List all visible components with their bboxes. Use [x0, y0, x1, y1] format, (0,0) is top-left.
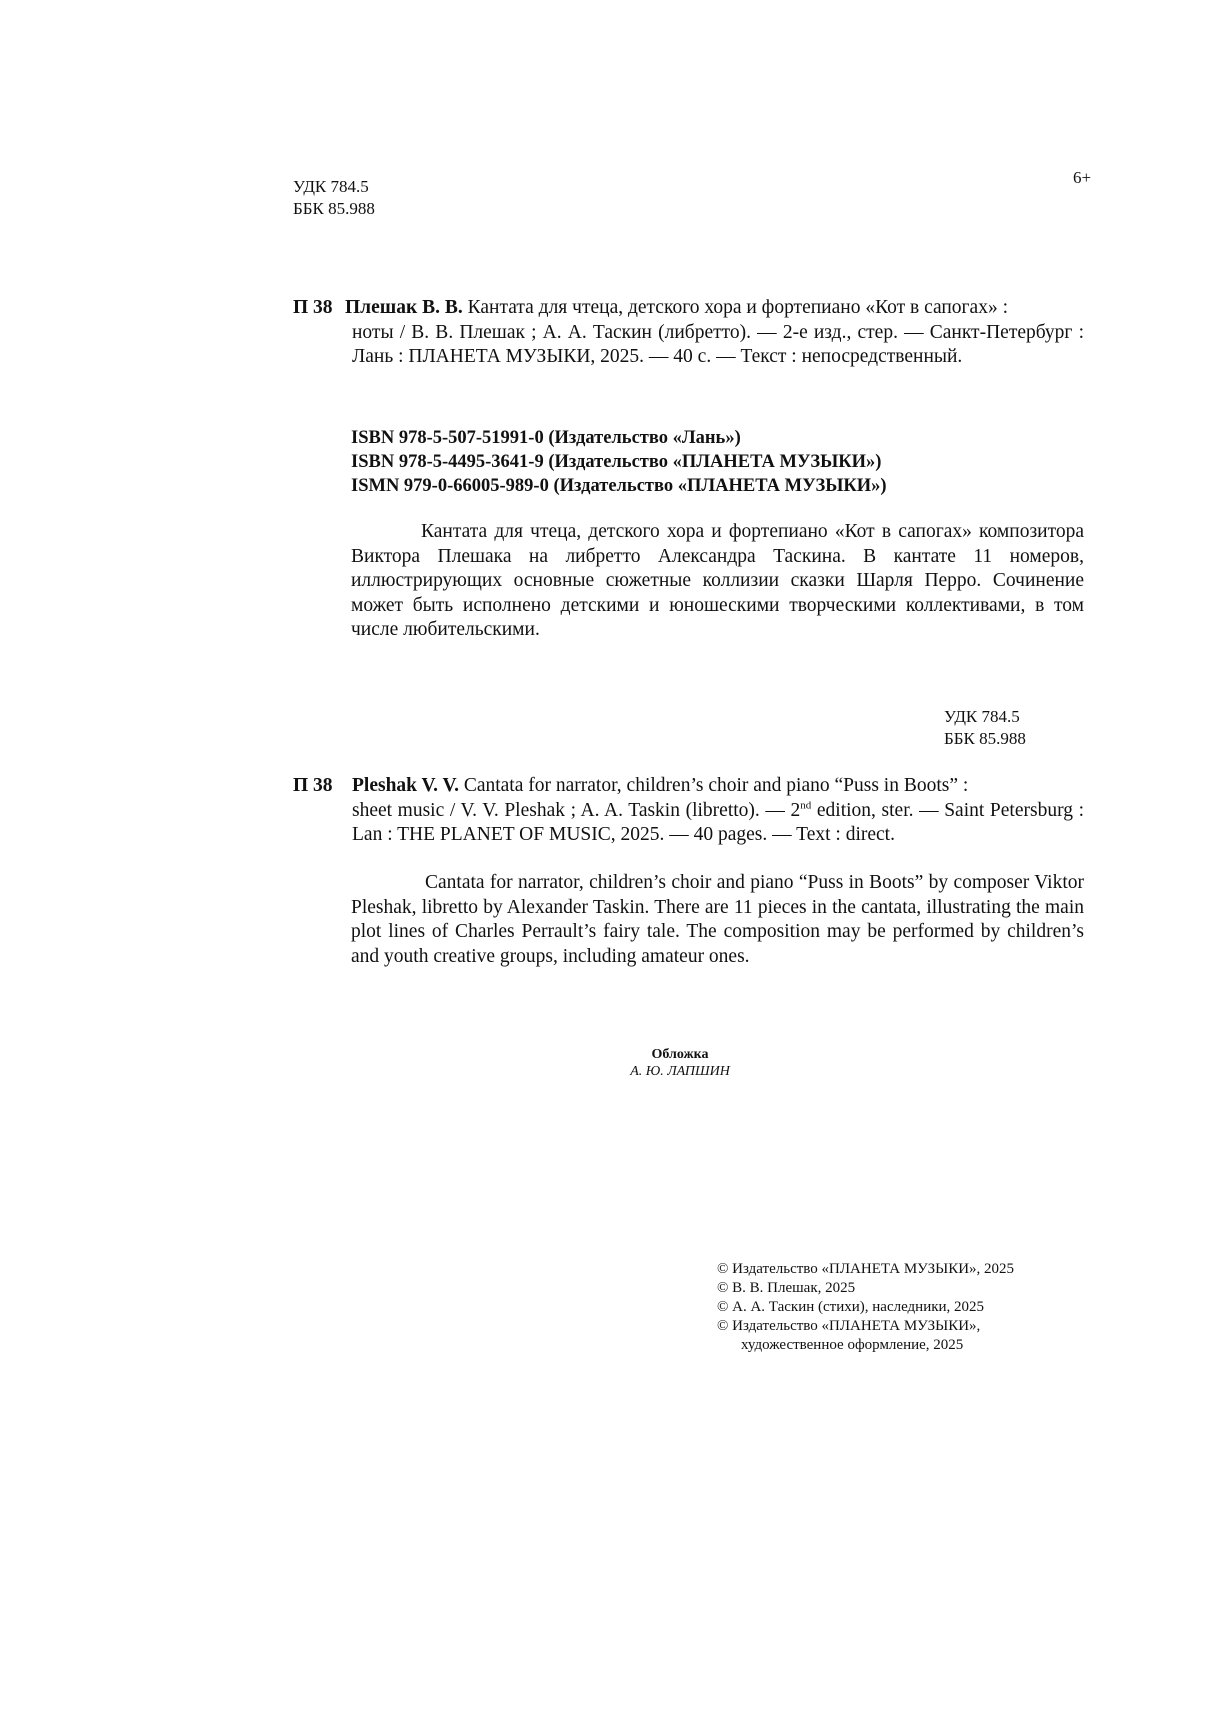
en-annotation-text: Cantata for narrator, children’s choir a… [351, 871, 1084, 969]
ru-entry-details: ноты / В. В. Плешак ; А. А. Таскин (либр… [293, 321, 1084, 370]
isbn-lan: ISBN 978-5-507-51991-0 (Издательство «Ла… [351, 426, 887, 450]
ru-bibliographic-entry: П 38Плешак В. В. Кантата для чтеца, детс… [293, 296, 1084, 370]
en-entry-details: sheet music / V. V. Pleshak ; A. A. Task… [293, 799, 1084, 848]
en-bibliographic-entry: П 38Pleshak V. V. Cantata for narrator, … [293, 774, 1084, 848]
copyright-line: © Издательство «ПЛАНЕТА МУЗЫКИ», 2025 [717, 1260, 1014, 1279]
en-entry-author: Pleshak V. V. [352, 775, 459, 796]
copyright-line: © А. А. Таскин (стихи), наследники, 2025 [717, 1298, 1014, 1317]
copyright-line: © В. В. Плешак, 2025 [717, 1279, 1014, 1298]
copyright-block: © Издательство «ПЛАНЕТА МУЗЫКИ», 2025 © … [717, 1260, 1014, 1355]
en-annotation: Cantata for narrator, children’s choir a… [351, 871, 1084, 969]
ru-entry-code: П 38 [293, 296, 345, 321]
en-udk-code: УДК 784.5 [944, 706, 1026, 728]
en-entry-code: П 38 [293, 774, 352, 799]
cover-artist: А. Ю. ЛАПШИН [560, 1063, 800, 1080]
classification-codes: УДК 784.5 ББК 85.988 [293, 176, 375, 220]
bbk-code: ББК 85.988 [293, 198, 375, 220]
age-rating: 6+ [1073, 168, 1091, 188]
cover-label: Обложка [560, 1046, 800, 1063]
udk-code: УДК 784.5 [293, 176, 375, 198]
ru-annotation: Кантата для чтеца, детского хора и форте… [351, 520, 1084, 643]
ru-entry-title: Кантата для чтеца, детского хора и форте… [468, 297, 1008, 318]
en-classification-codes: УДК 784.5 ББК 85.988 [944, 706, 1026, 750]
ru-entry-author: Плешак В. В. [345, 297, 463, 318]
en-entry-title: Cantata for narrator, children’s choir a… [464, 775, 968, 796]
copyright-line: © Издательство «ПЛАНЕТА МУЗЫКИ», [717, 1317, 1014, 1336]
ru-annotation-text: Кантата для чтеца, детского хора и форте… [351, 520, 1084, 643]
cover-credit: Обложка А. Ю. ЛАПШИН [560, 1046, 800, 1080]
copyright-line: художественное оформление, 2025 [717, 1336, 1014, 1355]
en-bbk-code: ББК 85.988 [944, 728, 1026, 750]
isbn-planet: ISBN 978-5-4495-3641-9 (Издательство «ПЛ… [351, 450, 887, 474]
identifiers-block: ISBN 978-5-507-51991-0 (Издательство «Ла… [351, 426, 887, 498]
ismn-planet: ISMN 979-0-66005-989-0 (Издательство «ПЛ… [351, 474, 887, 498]
